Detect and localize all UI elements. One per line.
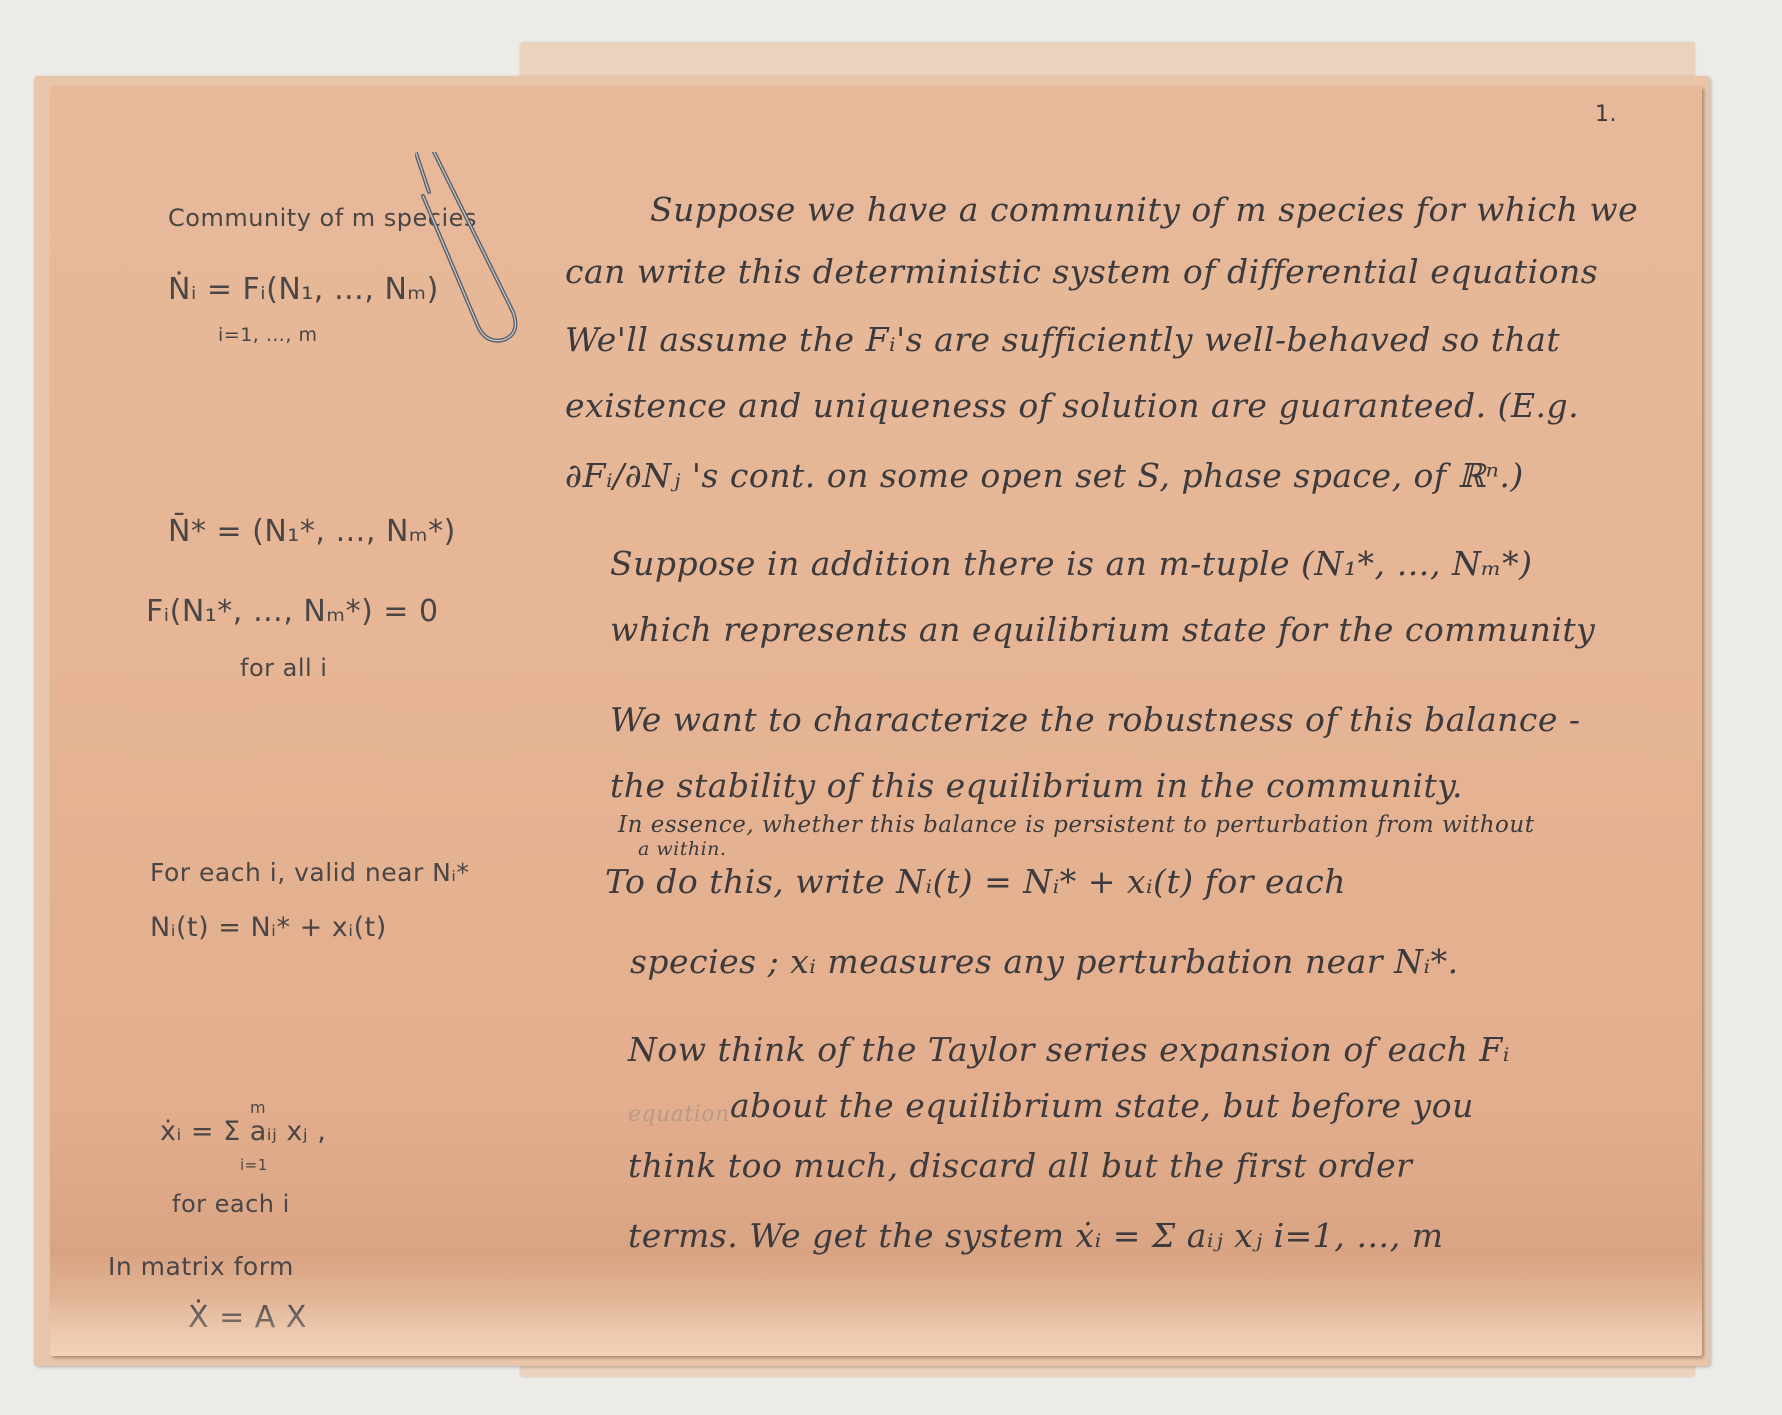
margin-valid-near: For each i, valid near Nᵢ* [150,858,469,887]
body-line-9: the stability of this equilibrium in the… [610,766,1463,805]
body-line-1: Suppose we have a community of m species… [650,190,1638,229]
body-line-17: terms. We get the system ẋᵢ = Σ aᵢⱼ xⱼ i… [628,1216,1444,1255]
body-line-15: about the equilibrium state, but before … [730,1086,1474,1125]
margin-equation-range: i=1, …, m [218,324,317,346]
body-line-7: which represents an equilibrium state fo… [610,610,1595,649]
margin-sum-upper: m [250,1098,266,1117]
body-line-13: species ; xᵢ measures any perturbation n… [630,942,1459,981]
body-line-5: ∂Fᵢ/∂Nⱼ 's cont. on some open set S, pha… [565,456,1524,495]
body-line-12: To do this, write Nᵢ(t) = Nᵢ* + xᵢ(t) fo… [605,862,1346,901]
margin-perturbation: Nᵢ(t) = Nᵢ* + xᵢ(t) [150,912,387,943]
body-line-14: Now think of the Taylor series expansion… [628,1030,1510,1069]
page-number: 1. [1595,102,1617,127]
margin-equilibrium-condition: Fᵢ(N₁*, …, Nₘ*) = 0 [146,594,439,629]
margin-for-each-i: for each i [172,1190,290,1218]
body-line-3: We'll assume the Fᵢ's are sufficiently w… [565,320,1560,359]
note-page: 1. Community of m species Ṅᵢ = Fᵢ(N₁, …,… [50,86,1702,1356]
body-line-8: We want to characterize the robustness o… [610,700,1581,739]
margin-equation-ode: Ṅᵢ = Fᵢ(N₁, …, Nₘ) [168,272,439,307]
margin-sum-lower: i=1 [240,1156,268,1174]
body-line-4: existence and uniqueness of solution are… [565,386,1579,425]
faint-word-equation: equation [628,1102,730,1127]
paperclip-icon [415,152,525,352]
margin-matrix-form: Ẋ = A X [188,1300,307,1335]
margin-for-all-i: for all i [240,654,327,682]
body-line-2: can write this deterministic system of d… [565,252,1598,291]
body-line-10: In essence, whether this balance is pers… [618,812,1534,838]
body-line-16: think too much, discard all but the firs… [628,1146,1412,1185]
body-line-11: a within. [638,838,726,860]
body-line-6: Suppose in addition there is an m-tuple … [610,544,1532,583]
margin-linear-system: ẋᵢ = Σ aᵢⱼ xⱼ , [160,1116,326,1147]
margin-matrix-form-label: In matrix form [108,1252,294,1281]
margin-equilibrium-vector: N̄* = (N₁*, …, Nₘ*) [168,514,456,549]
